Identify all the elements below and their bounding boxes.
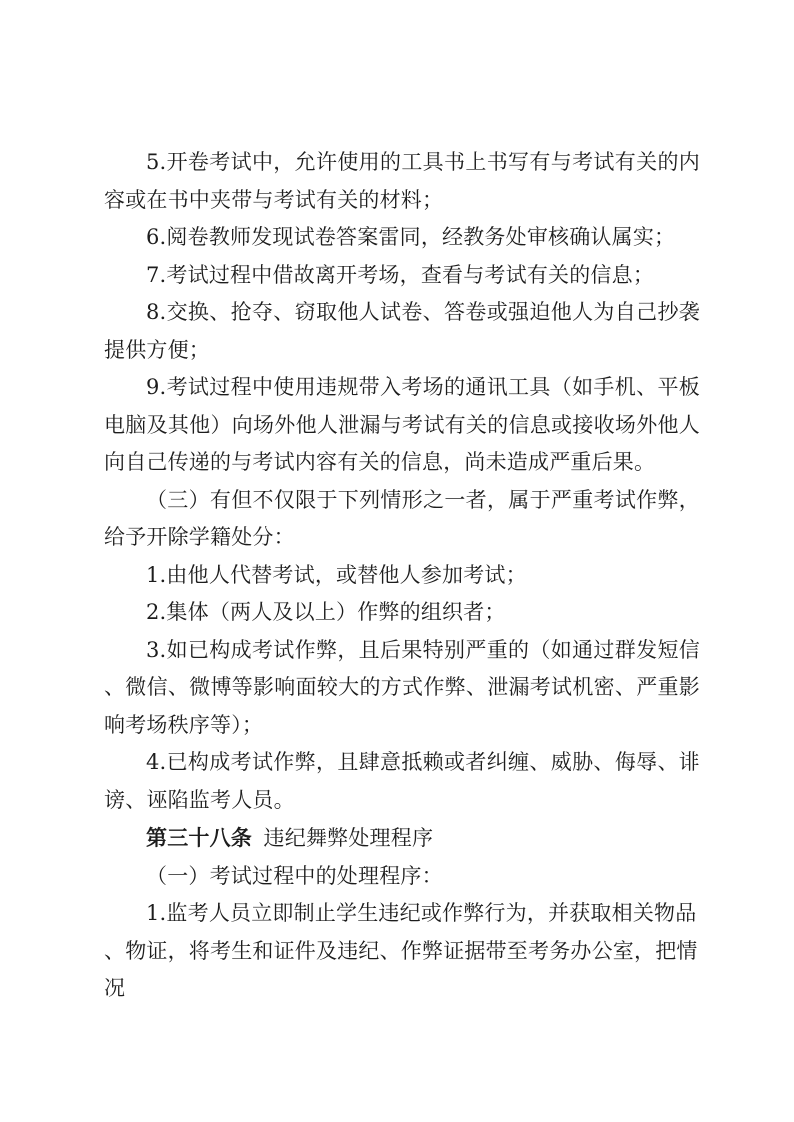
paragraph-item-7: 7.考试过程中借故离开考场，查看与考试有关的信息； <box>104 257 700 295</box>
paragraph-severe-item-2: 2.集体（两人及以上）作弊的组织者； <box>104 594 700 632</box>
paragraph-subsection-1: （一）考试过程中的处理程序： <box>104 858 700 896</box>
paragraph-severe-item-3: 3.如已构成考试作弊，且后果特别严重的（如通过群发短信、微信、微博等影响面较大的… <box>104 632 700 745</box>
article-title: 违纪舞弊处理程序 <box>264 826 434 850</box>
paragraph-severe-item-1: 1.由他人代替考试，或替他人参加考试； <box>104 557 700 595</box>
paragraph-item-6: 6.阅卷教师发现试卷答案雷同，经教务处审核确认属实； <box>104 219 700 257</box>
paragraph-section-3: （三）有但不仅限于下列情形之一者，属于严重考试作弊，给予开除学籍处分： <box>104 482 700 557</box>
article-heading: 第三十八条违纪舞弊处理程序 <box>104 819 700 858</box>
article-number: 第三十八条 <box>146 825 252 850</box>
document-body: 5.开卷考试中，允许使用的工具书上书写有与考试有关的内容或在书中夹带与考试有关的… <box>104 144 700 1008</box>
paragraph-item-5: 5.开卷考试中，允许使用的工具书上书写有与考试有关的内容或在书中夹带与考试有关的… <box>104 144 700 219</box>
paragraph-item-8: 8.交换、抢夺、窃取他人试卷、答卷或强迫他人为自己抄袭提供方便； <box>104 294 700 369</box>
paragraph-severe-item-4: 4.已构成考试作弊，且肆意抵赖或者纠缠、威胁、侮辱、诽谤、诬陷监考人员。 <box>104 744 700 819</box>
document-page: 5.开卷考试中，允许使用的工具书上书写有与考试有关的内容或在书中夹带与考试有关的… <box>0 0 794 1122</box>
paragraph-item-9: 9.考试过程中使用违规带入考场的通讯工具（如手机、平板电脑及其他）向场外他人泄漏… <box>104 369 700 482</box>
paragraph-procedure-item-1: 1.监考人员立即制止学生违纪或作弊行为，并获取相关物品、物证，将考生和证件及违纪… <box>104 895 700 1008</box>
